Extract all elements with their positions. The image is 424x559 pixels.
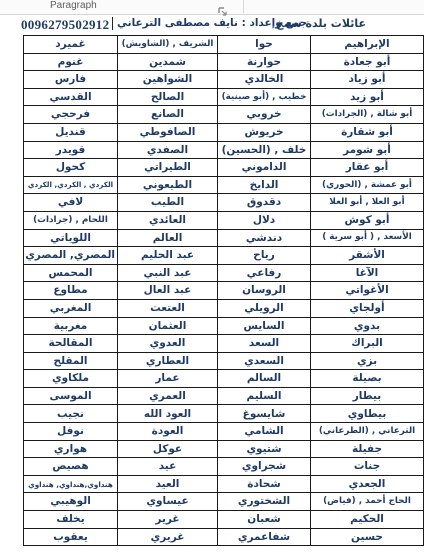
table-cell[interactable]: غنوم <box>24 53 118 71</box>
table-cell[interactable]: العود الله <box>118 405 218 423</box>
table-row: بصيلةالسالمعمارملكاوي <box>24 370 424 388</box>
table-cell[interactable]: السعد <box>218 335 311 353</box>
table-cell[interactable]: بيطاوي <box>311 405 424 423</box>
table-row: أبو عمشة , (الحوري)الدايخالطيعونيالكردي … <box>24 176 424 194</box>
table-cell[interactable]: شجراوي <box>218 458 311 476</box>
table-cell[interactable]: فارس <box>24 71 118 89</box>
table-cell[interactable]: ملكاوي <box>24 370 118 388</box>
table-cell[interactable]: الشختوري <box>218 493 311 511</box>
table-cell[interactable]: العطاري <box>118 352 218 370</box>
table-cell[interactable]: رفاعي <box>218 264 311 282</box>
table-cell[interactable]: لافي <box>24 194 118 212</box>
table-cell[interactable]: مطاوع <box>24 282 118 300</box>
table-cell[interactable]: نجيب <box>24 405 118 423</box>
table-cell[interactable]: الوهيبي <box>24 493 118 511</box>
table-row: أبو زيادالخالديالشواهينفارس <box>24 71 424 89</box>
table-row: أبو كوشدلالالعائدياللحام , (جرادات) <box>24 211 424 229</box>
table-cell[interactable]: قويدر <box>24 141 118 159</box>
ribbon-group-separator <box>243 0 244 13</box>
table-cell[interactable]: هنداوي,هنداوي, هنداوي <box>24 475 118 493</box>
table-cell[interactable]: اللحام , (جرادات) <box>24 211 118 229</box>
table-cell[interactable]: الأشقر <box>311 247 424 265</box>
table-cell[interactable]: الصانع <box>118 106 218 124</box>
table-cell[interactable]: مغربية <box>24 317 118 335</box>
table-row: حسينشفاعمريغريرييعقوب <box>24 528 424 546</box>
table-cell[interactable]: الحكيم <box>311 511 424 529</box>
table-cell[interactable]: الشريف , (الشاويش) <box>118 36 218 54</box>
table-row: أبو شالة , (الجرادات)خروبيالصانعفرحجي <box>24 106 424 124</box>
table-cell[interactable]: حوا <box>218 36 311 54</box>
table-row: الآغارفاعيعبد النبيالمحمس <box>24 264 424 282</box>
table-cell[interactable]: الروسان <box>218 282 311 300</box>
table-row: الجعديشحادةالعيدهنداوي,هنداوي, هنداوي <box>24 475 424 493</box>
table-cell[interactable]: أبو شقارة <box>311 123 424 141</box>
table-cell[interactable]: خلف , (الحسين) <box>218 141 311 159</box>
table-row: أبو عقارالدامونيالطيراتيكحول <box>24 159 424 177</box>
table-cell[interactable]: حوارنة <box>218 53 311 71</box>
table-cell[interactable]: غميرد <box>24 36 118 54</box>
table-cell[interactable]: القدسي <box>24 88 118 106</box>
table-cell[interactable]: شايسوغ <box>218 405 311 423</box>
table-cell[interactable]: أولجاي <box>311 299 424 317</box>
table-cell[interactable]: الحاج أحمد , (فياض) <box>311 493 424 511</box>
table-cell[interactable]: خطيب , (أبو صينية) <box>218 88 311 106</box>
table-cell[interactable]: أبو جعادة <box>311 53 424 71</box>
table-cell[interactable]: عيساوي <box>118 493 218 511</box>
table-row: بدويالسايسالعثمانمغربية <box>24 317 424 335</box>
table-cell[interactable]: السايس <box>218 317 311 335</box>
table-cell[interactable]: العتعت <box>118 299 218 317</box>
table-cell[interactable]: السالم <box>218 370 311 388</box>
table-row: أبو جعادةحوارنةشمدينغنوم <box>24 53 424 71</box>
table-cell[interactable]: شحادة <box>218 475 311 493</box>
table-cell[interactable]: أبو شالة , (الجرادات) <box>311 106 424 124</box>
table-cell[interactable]: جفيلة <box>311 440 424 458</box>
table-cell[interactable]: أبو شومر <box>311 141 424 159</box>
table-cell[interactable]: المقالحة <box>24 335 118 353</box>
table-cell[interactable]: هواري <box>24 440 118 458</box>
table-cell[interactable]: البراك <box>311 335 424 353</box>
table-cell[interactable]: بصيلة <box>311 370 424 388</box>
table-cell[interactable]: الصافوطي <box>118 123 218 141</box>
table-cell[interactable]: الصفدي <box>118 141 218 159</box>
table-cell[interactable]: العيد <box>118 475 218 493</box>
table-cell[interactable]: الجعدي <box>311 475 424 493</box>
paragraph-group-label: Paragraph <box>50 0 97 11</box>
families-table: الإبراهيمحواالشريف , (الشاويش)غميردأبو ج… <box>23 35 424 546</box>
table-cell[interactable]: المغربي <box>24 299 118 317</box>
table-cell[interactable]: الأغواتي <box>311 282 424 300</box>
table-row: جفيلةشتيويعوكلهواري <box>24 440 424 458</box>
table-row: أبو زيدخطيب , (أبو صينية)الصالحالقدسي <box>24 88 424 106</box>
table-cell[interactable]: شعبان <box>218 511 311 529</box>
table-cell[interactable]: عبد العال <box>118 282 218 300</box>
table-cell[interactable]: الداموني <box>218 159 311 177</box>
table-cell[interactable]: الشواهين <box>118 71 218 89</box>
table-cell[interactable]: السعدي <box>218 352 311 370</box>
table-cell[interactable]: هصيص <box>24 458 118 476</box>
table-cell[interactable]: الطيعوني <box>118 176 218 194</box>
table-cell[interactable]: عوكل <box>118 440 218 458</box>
table-cell[interactable]: الطيراتي <box>118 159 218 177</box>
table-cell[interactable]: الترعاني , (الطرعاني) <box>311 423 424 441</box>
table-cell[interactable]: المحمس <box>24 264 118 282</box>
table-cell[interactable]: المصري, المصري <box>24 247 118 265</box>
table-cell[interactable]: خروبي <box>218 106 311 124</box>
table-row: بزيالسعديالعطاريالمقلح <box>24 352 424 370</box>
table-cell[interactable]: جنات <box>311 458 424 476</box>
table-cell[interactable]: الآغا <box>311 264 424 282</box>
table-cell[interactable]: أبو كوش <box>311 211 424 229</box>
table-cell[interactable]: الكردي , الكردي, الكردي <box>24 176 118 194</box>
table-cell[interactable]: دلال <box>218 211 311 229</box>
table-cell[interactable]: الصالح <box>118 88 218 106</box>
table-cell[interactable]: عيد <box>118 458 218 476</box>
table-cell[interactable]: العودة <box>118 423 218 441</box>
table-cell[interactable]: عمار <box>118 370 218 388</box>
table-cell[interactable]: غريري <box>118 528 218 546</box>
table-row: الحاج أحمد , (فياض)الشختوريعيساويالوهيبي <box>24 493 424 511</box>
table-row: البراكالسعدالعدويالمقالحة <box>24 335 424 353</box>
table-row: جناتشجراويعيدهصيص <box>24 458 424 476</box>
table-cell[interactable]: الطيب <box>118 194 218 212</box>
table-row: أبو شومرخلف , (الحسين)الصفديقويدر <box>24 141 424 159</box>
table-cell[interactable]: الموسى <box>24 387 118 405</box>
table-cell[interactable]: فرحجي <box>24 106 118 124</box>
table-cell[interactable]: عبد النبي <box>118 264 218 282</box>
table-cell[interactable]: دندشي <box>218 229 311 247</box>
table-cell[interactable]: أبو عقار <box>311 159 424 177</box>
table-cell[interactable]: العالم <box>118 229 218 247</box>
table-cell[interactable]: قنديل <box>24 123 118 141</box>
table-cell[interactable]: العدوي <box>118 335 218 353</box>
table-cell[interactable]: نوفل <box>24 423 118 441</box>
table-cell[interactable]: العائدي <box>118 211 218 229</box>
table-cell[interactable]: شتيوي <box>218 440 311 458</box>
table-cell[interactable]: عبد الحليم <box>118 247 218 265</box>
table-cell[interactable]: خريوش <box>218 123 311 141</box>
table-cell[interactable]: بيطار <box>311 387 424 405</box>
table-cell[interactable]: أبو زيد <box>311 88 424 106</box>
table-cell[interactable]: المقلح <box>24 352 118 370</box>
table-cell[interactable]: اللوياتي <box>24 229 118 247</box>
table-row: الأشقررياحعبد الحليمالمصري, المصري <box>24 247 424 265</box>
table-cell[interactable]: كحول <box>24 159 118 177</box>
table-cell[interactable]: الخالدي <box>218 71 311 89</box>
table-row: أبو شقارةخريوشالصافوطيقنديل <box>24 123 424 141</box>
table-cell[interactable]: العمري <box>118 387 218 405</box>
table-cell[interactable]: رياح <box>218 247 311 265</box>
table-cell[interactable]: بزي <box>311 352 424 370</box>
table-cell[interactable]: أبو زياد <box>311 71 424 89</box>
table-cell[interactable]: الأسعد , ( أبو سرية ) <box>311 229 424 247</box>
table-cell[interactable]: أبو العلا , أبو العلا <box>311 194 424 212</box>
table-cell[interactable]: السليم <box>218 387 311 405</box>
table-row: الأغواتيالروسانعبد العالمطاوع <box>24 282 424 300</box>
doc-phone-number[interactable]: 0096279502912 <box>21 17 109 33</box>
table-row: أبو العلا , أبو العلادقدوقالطيبلافي <box>24 194 424 212</box>
table-row: بيطارالسليمالعمريالموسى <box>24 387 424 405</box>
ribbon-strip: Paragraph <box>0 0 424 15</box>
table-cell[interactable]: الرويلي <box>218 299 311 317</box>
table-cell[interactable]: شفاعمري <box>218 528 311 546</box>
table-row: الأسعد , ( أبو سرية )دندشيالعالماللوياتي <box>24 229 424 247</box>
table-row: الحكيمشعبانغريريخلف <box>24 511 424 529</box>
table-cell[interactable]: يخلف <box>24 511 118 529</box>
table-cell[interactable]: غرير <box>118 511 218 529</box>
table-cell[interactable]: شمدين <box>118 53 218 71</box>
table-cell[interactable]: دقدوق <box>218 194 311 212</box>
table-cell[interactable]: أبو عمشة , (الحوري) <box>311 176 424 194</box>
table-cell[interactable]: حسين <box>311 528 424 546</box>
dialog-launcher-icon[interactable] <box>218 2 228 12</box>
table-cell[interactable]: الإبراهيم <box>311 36 424 54</box>
table-row: بيطاويشايسوغالعود اللهنجيب <box>24 405 424 423</box>
table-cell[interactable]: الشامي <box>218 423 311 441</box>
doc-credit[interactable]: جمع وإعداد : نايف مصطفى الترعاني <box>117 17 307 29</box>
table-row: أولجايالرويليالعتعتالمغربي <box>24 299 424 317</box>
text-cursor <box>112 17 113 30</box>
table-row: الترعاني , (الطرعاني)الشاميالعودةنوفل <box>24 423 424 441</box>
table-cell[interactable]: يعقوب <box>24 528 118 546</box>
table-row: الإبراهيمحواالشريف , (الشاويش)غميرد <box>24 36 424 54</box>
families-table-body: الإبراهيمحواالشريف , (الشاويش)غميردأبو ج… <box>24 36 424 546</box>
table-cell[interactable]: العثمان <box>118 317 218 335</box>
table-cell[interactable]: بدوي <box>311 317 424 335</box>
table-cell[interactable]: الدايخ <box>218 176 311 194</box>
